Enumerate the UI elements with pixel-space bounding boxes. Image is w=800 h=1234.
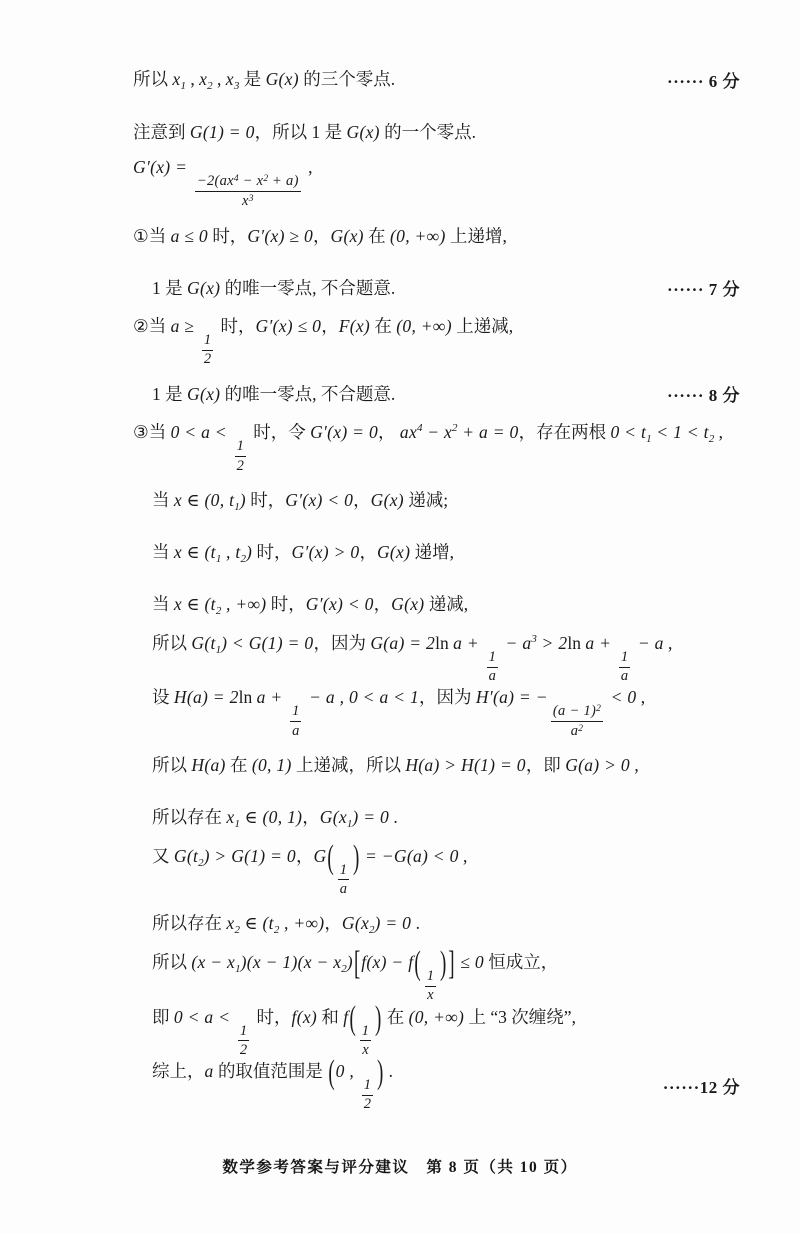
math-run: H′(a) = − — [476, 687, 548, 707]
text-run: 的唯一零点, 不合题意. — [220, 384, 395, 404]
line-content: ③当 0 < a < 12 时，令 G′(x) = 0， ax4 − x2 + … — [133, 419, 723, 473]
math-run: (0, +∞) — [396, 316, 452, 336]
math-run: G(t — [174, 846, 198, 866]
text-run: ln — [239, 687, 257, 707]
math-run: G(x) — [187, 384, 220, 404]
text-run: 1 是 — [152, 384, 187, 404]
text-run: 又 — [152, 846, 174, 866]
doc-line: 设 H(a) = 2ln a + 1a − a , 0 < a < 1，因为 H… — [133, 684, 740, 738]
fraction: 12 — [238, 1024, 249, 1058]
text-run: 时，令 — [249, 422, 310, 442]
text-run: , — [664, 633, 673, 653]
fraction-denominator: 2 — [202, 352, 213, 367]
fraction-denominator: x3 — [240, 194, 256, 209]
math-run: 0 < a < — [171, 422, 232, 442]
text-run: 所以 — [152, 755, 191, 775]
fraction: (a − 1)2a2 — [551, 704, 603, 738]
text-run: 是 — [239, 69, 265, 89]
text-run: ， — [353, 490, 371, 510]
fraction-numerator: 1 — [487, 650, 498, 665]
math-run: ∈ (0, 1) — [240, 807, 302, 827]
line-content: 即 0 < a < 12 时，f(x) 和 f(1x) 在 (0, +∞) 上 … — [152, 1004, 576, 1058]
fraction: 12 — [202, 333, 213, 367]
math-run: G(x) — [391, 594, 424, 614]
math-run: H(a) = 2 — [174, 687, 239, 707]
fraction-denominator: a2 — [569, 724, 585, 739]
doc-line: 所以 G(t1) < G(1) = 0，因为 G(a) = 2ln a + 1a… — [133, 630, 740, 684]
line-content: 当 x ∈ (0, t1) 时，G′(x) < 0，G(x) 递减; — [152, 487, 448, 513]
superscript: 2 — [578, 724, 583, 734]
text-run: ，因为 — [419, 687, 476, 707]
fraction-numerator: 1 — [362, 1078, 373, 1093]
fraction: 12 — [362, 1078, 373, 1112]
text-run: 所以 — [152, 952, 191, 972]
doc-line: 综上，a 的取值范围是 (0 , 12) .······12 分 — [133, 1058, 740, 1112]
math-run: G′(x) = 0 — [310, 422, 378, 442]
fraction-numerator: 1 — [238, 1024, 249, 1039]
math-run: G′(x) < 0 — [306, 594, 374, 614]
fraction-denominator: a — [338, 882, 349, 897]
line-content: G′(x) = −2(ax4 − x2 + a)x3 , — [133, 157, 312, 208]
fraction: 12 — [235, 439, 246, 473]
text-run: , — [304, 157, 313, 177]
text-run: 时， — [246, 490, 285, 510]
fraction-numerator: (a − 1)2 — [551, 704, 603, 719]
doc-line: 即 0 < a < 12 时，f(x) 和 f(1x) 在 (0, +∞) 上 … — [133, 1004, 740, 1058]
math-run: G(1) = 0 — [190, 122, 255, 142]
text-run: 时， — [208, 226, 247, 246]
text-run: 当 — [152, 490, 174, 510]
doc-line: ③当 0 < a < 12 时，令 G′(x) = 0， ax4 − x2 + … — [133, 419, 740, 473]
line-content: 所以 G(t1) < G(1) = 0，因为 G(a) = 2ln a + 1a… — [152, 630, 672, 684]
text-run: . — [411, 913, 420, 933]
footer-text: 数学参考答案与评分建议 第 8 页（共 10 页） — [222, 1159, 577, 1176]
text-run: . — [389, 807, 398, 827]
big-bracket: ) — [440, 945, 446, 985]
line-content: 设 H(a) = 2ln a + 1a − a , 0 < a < 1，因为 H… — [152, 684, 645, 738]
math-run: H(a) > H(1) = 0 — [405, 755, 525, 775]
text-run: 递减; — [404, 490, 448, 510]
math-run: F(x) — [339, 316, 370, 336]
fraction-numerator: −2(ax4 − x2 + a) — [195, 174, 301, 189]
math-run: a + — [585, 633, 616, 653]
math-run: G(t — [191, 633, 215, 653]
big-bracket: ) — [377, 1054, 383, 1094]
doc-line: ②当 a ≥ 12 时，G′(x) ≤ 0，F(x) 在 (0, +∞) 上递减… — [133, 313, 740, 367]
math-run: − x — [239, 173, 264, 189]
math-run: ax — [400, 422, 417, 442]
score-mark: ······ 7 分 — [657, 275, 740, 300]
math-run: a + — [453, 633, 484, 653]
line-content: 综上，a 的取值范围是 (0 , 12) . — [152, 1058, 393, 1112]
fraction-numerator: 1 — [338, 863, 349, 878]
math-run: a + — [257, 687, 288, 707]
line-content: 1 是 G(x) 的唯一零点, 不合题意. — [152, 381, 395, 406]
text-run: 的三个零点. — [299, 69, 395, 89]
fraction-denominator: 2 — [238, 1043, 249, 1058]
doc-line: 1 是 G(x) 的唯一零点, 不合题意.······ 7 分 — [133, 261, 740, 313]
big-bracket: ] — [448, 945, 454, 985]
superscript: 2 — [596, 704, 601, 714]
text-run: ， — [321, 316, 339, 336]
text-run: 所以存在 — [152, 913, 226, 933]
text-run: 所以 — [133, 69, 172, 89]
fraction: 1a — [487, 650, 498, 684]
big-bracket: [ — [354, 945, 360, 985]
math-run: G(x) — [347, 122, 380, 142]
line-content: 所以 x1 , x2 , x3 是 G(x) 的三个零点. — [133, 66, 395, 92]
text-run: 1 是 — [152, 278, 187, 298]
text-run: 递减, — [424, 594, 468, 614]
math-run: G′(x) > 0 — [292, 542, 360, 562]
math-run: − a — [501, 633, 532, 653]
document-page: 所以 x1 , x2 , x3 是 G(x) 的三个零点.······ 6 分注… — [0, 0, 800, 1234]
text-run: ln — [435, 633, 453, 653]
text-run: ，存在两根 — [519, 422, 611, 442]
math-run: + a = 0 — [458, 422, 519, 442]
math-run: − a — [633, 633, 664, 653]
math-run: f(x) — [292, 1007, 318, 1027]
text-run: ②当 — [133, 316, 171, 336]
text-run: 和 — [317, 1007, 343, 1027]
math-run: (x − x — [191, 952, 235, 972]
math-run: x — [242, 193, 249, 209]
doc-line: 所以存在 x2 ∈ (t2 , +∞)，G(x2) = 0 . — [133, 897, 740, 949]
fraction: 1a — [338, 863, 349, 897]
text-run: . — [384, 1061, 393, 1081]
text-run: 时， — [252, 1007, 291, 1027]
line-content: 当 x ∈ (t2 , +∞) 时，G′(x) < 0，G(x) 递减, — [152, 591, 468, 617]
fraction-denominator: a — [290, 724, 301, 739]
math-run: − a , 0 < a < 1 — [304, 687, 419, 707]
math-run: H(a) — [191, 755, 225, 775]
fraction-bar — [290, 721, 301, 722]
math-run: > 2 — [537, 633, 568, 653]
math-run: ∈ (t — [240, 913, 274, 933]
text-run: 注意到 — [133, 122, 190, 142]
math-run: G(a) = 2 — [370, 633, 435, 653]
math-run: a — [205, 1061, 214, 1081]
fraction-numerator: 1 — [290, 704, 301, 719]
text-run: , — [213, 69, 226, 89]
math-run: G′(x) ≤ 0 — [256, 316, 322, 336]
text-run: 所以存在 — [152, 807, 226, 827]
text-run: , — [630, 755, 639, 775]
text-run: 所以 — [152, 633, 191, 653]
text-run: 上递减，所以 — [292, 755, 406, 775]
math-run: x — [199, 69, 207, 89]
fraction-numerator: 1 — [360, 1024, 371, 1039]
math-run: (0, +∞) — [390, 226, 446, 246]
fraction-denominator: x — [360, 1043, 370, 1058]
text-run: 恒成立， — [484, 952, 558, 972]
math-run: ) — [347, 952, 353, 972]
fraction-numerator: 1 — [202, 333, 213, 348]
text-run: ， — [324, 913, 342, 933]
line-content: ②当 a ≥ 12 时，G′(x) ≤ 0，F(x) 在 (0, +∞) 上递减… — [133, 313, 513, 367]
line-content: 所以存在 x1 ∈ (0, 1)，G(x1) = 0 . — [152, 804, 398, 830]
math-run: G′(x) < 0 — [285, 490, 353, 510]
text-run: 的一个零点. — [380, 122, 476, 142]
math-run: , +∞) — [221, 594, 266, 614]
math-run: + a) — [268, 173, 299, 189]
math-run: G(x — [342, 913, 369, 933]
math-run: −2(ax — [197, 173, 234, 189]
math-run: f(x) − f — [361, 952, 413, 972]
doc-line: 所以 (x − x1)(x − 1)(x − x2)[f(x) − f(1x)]… — [133, 949, 740, 1003]
text-run: ，因为 — [313, 633, 370, 653]
math-run: G(x) — [331, 226, 364, 246]
doc-line: G′(x) = −2(ax4 − x2 + a)x3 , — [133, 157, 740, 209]
math-run: (0, +∞) — [409, 1007, 465, 1027]
math-run: a ≥ — [171, 316, 199, 336]
doc-lines: 所以 x1 , x2 , x3 是 G(x) 的三个零点.······ 6 分注… — [133, 53, 740, 1113]
big-bracket: ) — [375, 1000, 381, 1040]
fraction-numerator: 1 — [235, 439, 246, 454]
math-run: G(x) — [266, 69, 299, 89]
math-run: )(x − 1)(x − x — [241, 952, 342, 972]
math-run: G′(x) = — [133, 157, 192, 177]
text-run: ， — [374, 594, 392, 614]
doc-line: 所以 H(a) 在 (0, 1) 上递减，所以 H(a) > H(1) = 0，… — [133, 739, 740, 791]
fraction: 1x — [360, 1024, 371, 1058]
math-run: 0 < a < — [174, 1007, 235, 1027]
big-bracket: ( — [327, 839, 333, 879]
text-run: , — [636, 687, 645, 707]
fraction-denominator: x — [425, 988, 435, 1003]
text-run: , — [459, 846, 468, 866]
fraction: 1a — [290, 704, 301, 738]
math-run: 0 < t — [610, 422, 646, 442]
text-run: 当 — [152, 542, 174, 562]
line-content: 所以存在 x2 ∈ (t2 , +∞)，G(x2) = 0 . — [152, 910, 420, 936]
math-run: ≤ 0 — [456, 952, 484, 972]
math-run: G(x) — [187, 278, 220, 298]
text-run: 时， — [252, 542, 291, 562]
text-run: 上递增, — [446, 226, 507, 246]
text-run: ， — [296, 846, 314, 866]
line-content: 所以 (x − x1)(x − 1)(x − x2)[f(x) − f(1x)]… — [152, 949, 558, 1003]
text-run: 在 — [370, 316, 396, 336]
text-run: 设 — [152, 687, 174, 707]
text-run: 的取值范围是 — [214, 1061, 328, 1081]
doc-line: 所以 x1 , x2 , x3 是 G(x) 的三个零点.······ 6 分 — [133, 53, 740, 105]
text-run: 在 — [364, 226, 390, 246]
doc-line: 注意到 G(1) = 0，所以 1 是 G(x) 的一个零点. — [133, 105, 740, 157]
math-run: x ∈ (t — [174, 542, 216, 562]
text-run: ， — [378, 422, 400, 442]
line-content: 所以 H(a) 在 (0, 1) 上递减，所以 H(a) > H(1) = 0，… — [152, 752, 639, 777]
math-run: G(x) — [371, 490, 404, 510]
doc-line: ①当 a ≤ 0 时，G′(x) ≥ 0，G(x) 在 (0, +∞) 上递增, — [133, 209, 740, 261]
math-run: G(x) — [377, 542, 410, 562]
line-content: 1 是 G(x) 的唯一零点, 不合题意. — [152, 275, 395, 300]
superscript: 3 — [249, 194, 254, 204]
doc-line: 又 G(t2) > G(1) = 0，G(1a) = −G(a) < 0 , — [133, 843, 740, 897]
text-run: 上递减, — [452, 316, 513, 336]
text-run: 当 — [152, 594, 174, 614]
math-run: − x — [423, 422, 453, 442]
score-mark: ······ 6 分 — [657, 67, 740, 92]
math-run: < 1 < t — [652, 422, 709, 442]
text-run: 时， — [266, 594, 305, 614]
line-content: 又 G(t2) > G(1) = 0，G(1a) = −G(a) < 0 , — [152, 843, 467, 897]
math-run: ) > G(1) = 0 — [204, 846, 296, 866]
math-run: x ∈ (0, t — [174, 490, 234, 510]
math-run: = −G(a) < 0 — [360, 846, 458, 866]
fraction: −2(ax4 − x2 + a)x3 — [195, 174, 301, 208]
big-bracket: ( — [414, 945, 420, 985]
text-run: , — [186, 69, 199, 89]
fraction: 1x — [425, 969, 436, 1003]
fraction: 1a — [619, 650, 630, 684]
math-run: G — [313, 846, 326, 866]
text-run: ①当 — [133, 226, 171, 246]
fraction-bar — [235, 456, 246, 457]
fraction-denominator: a — [619, 669, 630, 684]
line-content: 当 x ∈ (t1 , t2) 时，G′(x) > 0，G(x) 递增, — [152, 539, 454, 565]
math-run: G′(x) ≥ 0 — [247, 226, 313, 246]
text-run: ， — [313, 226, 331, 246]
math-run: 0 , — [336, 1061, 359, 1081]
math-run: , +∞) — [279, 913, 324, 933]
text-run: 时， — [216, 316, 255, 336]
score-mark: ······12 分 — [653, 1073, 740, 1098]
math-run: x — [226, 69, 234, 89]
math-run: ) = 0 — [375, 913, 412, 933]
fraction-denominator: 2 — [362, 1097, 373, 1112]
big-bracket: ) — [353, 839, 359, 879]
math-run: f — [343, 1007, 348, 1027]
text-run: ln — [567, 633, 585, 653]
text-run: ③当 — [133, 422, 171, 442]
line-content: 注意到 G(1) = 0，所以 1 是 G(x) 的一个零点. — [133, 119, 476, 144]
text-run: ， — [359, 542, 377, 562]
text-run: ， — [302, 807, 320, 827]
fraction-denominator: 2 — [235, 459, 246, 474]
math-run: G(x — [320, 807, 347, 827]
doc-line: 1 是 G(x) 的唯一零点, 不合题意.······ 8 分 — [133, 367, 740, 419]
math-run: ) = 0 — [352, 807, 389, 827]
text-run: 综上， — [152, 1061, 205, 1081]
doc-line: 当 x ∈ (t2 , +∞) 时，G′(x) < 0，G(x) 递减, — [133, 578, 740, 630]
text-run: , — [714, 422, 723, 442]
text-run: 递增, — [410, 542, 454, 562]
math-run: , t — [221, 542, 240, 562]
score-mark: ······ 8 分 — [657, 381, 740, 406]
page-footer: 数学参考答案与评分建议 第 8 页（共 10 页） — [0, 1155, 800, 1177]
text-run: 的唯一零点, 不合题意. — [220, 278, 395, 298]
big-bracket: ( — [349, 1000, 355, 1040]
math-run: < 0 — [606, 687, 637, 707]
doc-line: 所以存在 x1 ∈ (0, 1)，G(x1) = 0 . — [133, 791, 740, 843]
big-bracket: ( — [328, 1054, 334, 1094]
text-run: 在 — [226, 755, 252, 775]
math-run: x ∈ (t — [174, 594, 216, 614]
text-run: ，即 — [526, 755, 565, 775]
math-run: (0, 1) — [252, 755, 292, 775]
math-run: a ≤ 0 — [171, 226, 208, 246]
text-run: 在 — [382, 1007, 408, 1027]
math-run: ) < G(1) = 0 — [221, 633, 313, 653]
text-run: 上 “3 次缠绕”, — [464, 1007, 576, 1027]
text-run: ，所以 1 是 — [255, 122, 347, 142]
math-run: (a − 1) — [553, 703, 596, 719]
fraction-denominator: a — [487, 669, 498, 684]
doc-line: 当 x ∈ (t1 , t2) 时，G′(x) > 0，G(x) 递增, — [133, 526, 740, 578]
text-run: 即 — [152, 1007, 174, 1027]
line-content: ①当 a ≤ 0 时，G′(x) ≥ 0，G(x) 在 (0, +∞) 上递增, — [133, 223, 507, 248]
doc-line: 当 x ∈ (0, t1) 时，G′(x) < 0，G(x) 递减; — [133, 474, 740, 526]
fraction-numerator: 1 — [425, 969, 436, 984]
math-run: G(a) > 0 — [565, 755, 630, 775]
fraction-numerator: 1 — [619, 650, 630, 665]
